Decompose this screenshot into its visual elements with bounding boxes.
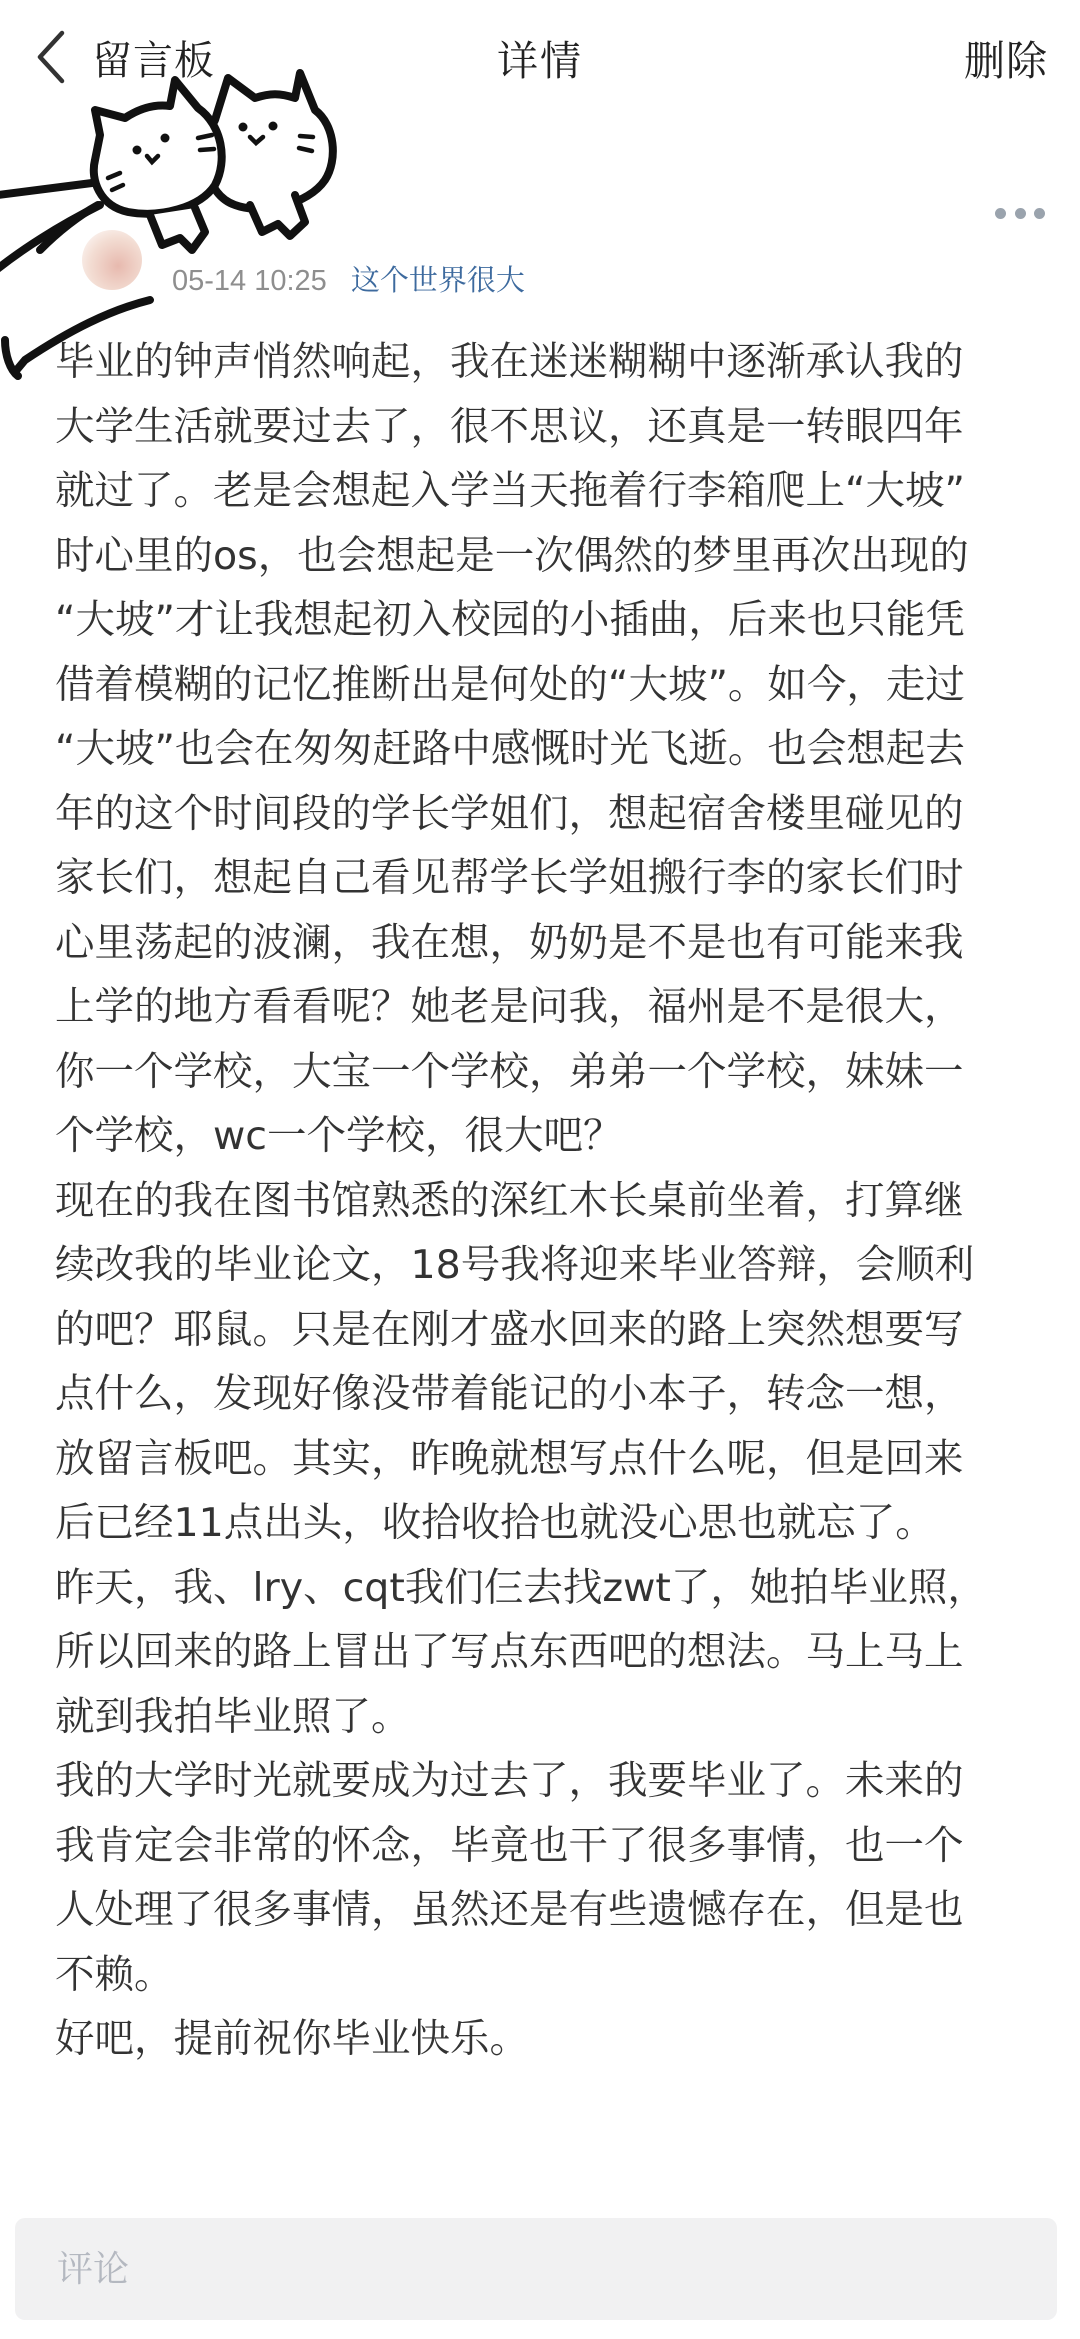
more-dots-icon <box>1015 208 1026 219</box>
post-line: 大学生活就要过去了，很不思议，还真是一转眼四年 <box>55 395 1035 460</box>
post-line: 所以回来的路上冒出了写点东西吧的想法。马上马上 <box>55 1620 1035 1685</box>
post-line: 就到我拍毕业照了。 <box>55 1685 1035 1750</box>
post-line: 个学校，wc一个学校，很大吧？ <box>55 1104 1035 1169</box>
post-line: 好吧，提前祝你毕业快乐。 <box>55 2007 1035 2072</box>
post-line: 年的这个时间段的学长学姐们，想起宿舍楼里碰见的 <box>55 782 1035 847</box>
post-content: 毕业的钟声悄然响起，我在迷迷糊糊中逐渐承认我的 大学生活就要过去了，很不思议，还… <box>55 330 1035 2072</box>
top-nav-bar: 留言板 详情 删除 <box>0 0 1080 115</box>
post-line: 续改我的毕业论文，18号我将迎来毕业答辩，会顺利 <box>55 1233 1035 1298</box>
avatar[interactable] <box>82 230 142 290</box>
post-line: 上学的地方看看呢？她老是问我，福州是不是很大， <box>55 975 1035 1040</box>
post-line: 不赖。 <box>55 1943 1035 2008</box>
post-meta: 05-14 10:25 这个世界很大 <box>172 258 525 299</box>
post-line: 家长们，想起自己看见帮学长学姐搬行李的家长们时 <box>55 846 1035 911</box>
comment-input[interactable] <box>55 2248 1019 2291</box>
post-line: “大坡”也会在匆匆赶路中感慨时光飞逝。也会想起去 <box>55 717 1035 782</box>
post-time: 05-14 10:25 <box>172 265 327 298</box>
post-line: 昨天，我、lry、cqt我们仨去找zwt了，她拍毕业照， <box>55 1556 1035 1621</box>
more-options-button[interactable] <box>995 200 1045 226</box>
post-line: 现在的我在图书馆熟悉的深红木长桌前坐着，打算继 <box>55 1169 1035 1234</box>
post-line: 时心里的os，也会想起是一次偶然的梦里再次出现的 <box>55 524 1035 589</box>
post-line: 人处理了很多事情，虽然还是有些遗憾存在，但是也 <box>55 1878 1035 1943</box>
post-line: 你一个学校，大宝一个学校，弟弟一个学校，妹妹一 <box>55 1040 1035 1105</box>
post-line: 放留言板吧。其实，昨晚就想写点什么呢，但是回来 <box>55 1427 1035 1492</box>
post-line: 借着模糊的记忆推断出是何处的“大坡”。如今，走过 <box>55 653 1035 718</box>
more-dots-icon <box>1034 208 1045 219</box>
post-line: 就过了。老是会想起入学当天拖着行李箱爬上“大坡” <box>55 459 1035 524</box>
post-line: 点什么，发现好像没带着能记的小本子，转念一想， <box>55 1362 1035 1427</box>
page-title: 详情 <box>0 28 1080 87</box>
comment-box[interactable] <box>15 2218 1057 2320</box>
post-line: 的吧？耶鼠。只是在刚才盛水回来的路上突然想要写 <box>55 1298 1035 1363</box>
delete-button[interactable]: 删除 <box>964 28 1048 87</box>
post-line: 毕业的钟声悄然响起，我在迷迷糊糊中逐渐承认我的 <box>55 330 1035 395</box>
post-line: 后已经11点出头，收拾收拾也就没心思也就忘了。 <box>55 1491 1035 1556</box>
post-line: “大坡”才让我想起初入校园的小插曲，后来也只能凭 <box>55 588 1035 653</box>
post-line: 我肯定会非常的怀念，毕竟也干了很多事情，也一个 <box>55 1814 1035 1879</box>
author-link[interactable]: 这个世界很大 <box>351 258 525 299</box>
post-line: 我的大学时光就要成为过去了，我要毕业了。未来的 <box>55 1749 1035 1814</box>
more-dots-icon <box>995 208 1006 219</box>
post-line: 心里荡起的波澜，我在想，奶奶是不是也有可能来我 <box>55 911 1035 976</box>
